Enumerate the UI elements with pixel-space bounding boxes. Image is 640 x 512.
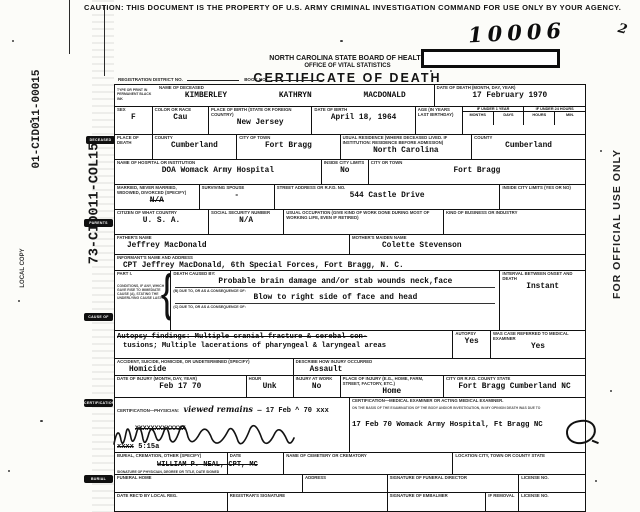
row-funeral-home: FUNERAL HOME ADDRESS SIGNATURE OF FUNERA… [115, 475, 585, 493]
row-cause-part2: Autopsy findings: Multiple cranial fract… [115, 331, 585, 359]
burial-date-label: DATE [230, 454, 281, 459]
spouse-label: SURVIVING SPOUSE [202, 186, 272, 191]
tab-deceased: DECEASED [86, 136, 115, 144]
row-burial: BURIAL, CREMATION, OTHER (SPECIFY) DATE … [115, 453, 585, 475]
injury-date-value: Feb 17 70 [117, 383, 244, 391]
local-copy-stamp: LOCAL COPY [20, 223, 26, 313]
hour-label: HOUR [249, 377, 291, 382]
street-label: STREET ADDRESS OR R.F.D. NO. [277, 186, 498, 191]
middle-name: KATHRYN [279, 92, 312, 100]
field-injury-hour: HOUR Unk [247, 376, 294, 397]
place-label: PLACE OF INJURY (E.G., HOME, FARM, STREE… [343, 377, 441, 387]
field-physician-certification: CERTIFICATION—PHYSICIAN: viewed remains … [115, 398, 350, 452]
informant-value: CPT Jeffrey MacDonald, 6th Special Force… [117, 262, 583, 270]
field-race: COLOR OR RACE Cau [153, 107, 209, 134]
work-value: No [296, 383, 338, 391]
town-label: CITY OR TOWN [371, 161, 583, 166]
director-label: SIGNATURE OF FUNERAL DIRECTOR [390, 476, 517, 481]
due-to-c-label: (c) DUE TO, OR AS A CONSEQUENCE OF: [173, 305, 497, 309]
field-industry: KIND OF BUSINESS OR INDUSTRY [444, 210, 585, 234]
dod-value: 17 February 1970 [437, 92, 583, 100]
due-to-b-label: (b) DUE TO, OR AS A CONSEQUENCE OF: [173, 289, 497, 293]
funeral-home-label: FUNERAL HOME [117, 476, 300, 481]
row-manner: ACCIDENT, SUICIDE, HOMICIDE, OR UNDETERM… [115, 359, 585, 376]
dob-label: DATE OF BIRTH [314, 108, 412, 113]
pob-label: PLACE OF BIRTH (STATE OR FOREIGN COUNTRY… [211, 108, 309, 118]
district-label: REGISTRATION DISTRICT NO. [118, 77, 183, 82]
hours-label: HOURS [524, 112, 555, 125]
ssn-label: SOCIAL SECURITY NUMBER [211, 211, 281, 216]
field-funeral-address: ADDRESS [303, 475, 388, 492]
field-pod-stub: PLACE OF DEATH [115, 135, 153, 159]
pod-county-value: Cumberland [155, 142, 235, 150]
how-label: DESCRIBE HOW INJURY OCCURRED [296, 360, 583, 365]
physician-date-line: — 17 Feb ^ 70 xxx [257, 407, 328, 415]
burial-location-label: LOCATION CITY, TOWN OR COUNTY STATE [455, 454, 583, 459]
field-father-name: FATHER'S NAME Jeffrey MacDonald [115, 235, 350, 254]
autopsy-label: AUTOPSY [455, 332, 488, 337]
injury-date-label: DATE OF INJURY (MONTH, DAY, YEAR) [117, 377, 244, 382]
field-residence-state: USUAL RESIDENCE (WHERE DECEASED LIVED. I… [341, 135, 473, 159]
spouse-value: - [202, 192, 272, 200]
field-informant: INFORMANT'S NAME AND ADDRESS CPT Jeffrey… [115, 255, 585, 270]
street-value: 544 Castle Drive [277, 192, 498, 200]
field-place-of-injury: PLACE OF INJURY (E.G., HOME, FARM, STREE… [341, 376, 444, 397]
part2-line1: Autopsy findings: Multiple cranial fract… [117, 333, 450, 341]
tab-certification: CERTIFICATION [84, 399, 113, 407]
pod-city-label: CITY OF TOWN [239, 136, 337, 141]
for-official-use-stamp: FOR OFFICIAL USE ONLY [611, 124, 623, 324]
location-value: Fort Bragg Cumberland NC [446, 383, 583, 391]
pod-city-value: Fort Bragg [239, 142, 337, 150]
row-informant: INFORMANT'S NAME AND ADDRESS CPT Jeffrey… [115, 255, 585, 271]
field-residence-county: COUNTY Cumberland [472, 135, 585, 159]
dob-value: April 18, 1964 [314, 114, 412, 122]
father-label: FATHER'S NAME [117, 236, 347, 241]
autopsy-value: Yes [455, 338, 488, 346]
field-inside-city-limits: INSIDE CITY LIMITS No [322, 160, 369, 184]
field-embalmer-signature: SIGNATURE OF EMBALMER [388, 493, 487, 511]
physician-signature [111, 420, 296, 454]
field-date-of-death: DATE OF DEATH (MONTH, DAY, YEAR) 17 Febr… [435, 85, 585, 106]
sex-label: SEX [117, 108, 150, 113]
field-street-address: STREET ADDRESS OR R.F.D. NO. 544 Castle … [275, 185, 501, 209]
license-label: LICENSE NO. [521, 476, 583, 481]
first-name: KIMBERLEY [185, 92, 227, 100]
row-place-of-death: PLACE OF DEATH COUNTY Cumberland CITY OF… [115, 135, 585, 160]
field-age-detail: IF UNDER 1 YEAR IF UNDER 24 HOURS MONTHS… [463, 107, 585, 134]
field-interval: INTERVAL BETWEEN ONSET AND DEATH Instant [500, 271, 585, 330]
work-label: INJURY AT WORK [296, 377, 338, 382]
cause-brace: { [161, 271, 172, 320]
margin-stamp-outer: 01-CID011-00015 [31, 39, 43, 199]
field-age: AGE (IN YEARS LAST BIRTHDAY) [416, 107, 463, 134]
residence-label: USUAL RESIDENCE (WHERE DECEASED LIVED. I… [343, 136, 470, 146]
field-examiner-certification: CERTIFICATION—MEDICAL EXAMINER OR ACTING… [350, 398, 585, 452]
row-citizenship: CITIZEN OF WHAT COUNTRY U. S. A. SOCIAL … [115, 210, 585, 235]
certificate-form: TYPE OR PRINT IN PERMANENT BLACK INK NAM… [114, 84, 586, 512]
examiner-basis-label: ON THE BASIS OF THE EXAMINATION OF THE B… [352, 407, 583, 411]
burial-type-label: BURIAL, CREMATION, OTHER (SPECIFY) [117, 454, 225, 459]
row-name: NAME OF DECEASED KIMBERLEY KATHRYN MACDO… [115, 85, 585, 107]
scan-artifact-line [104, 6, 105, 76]
field-sex: SEX F [115, 107, 153, 134]
hour-value: Unk [249, 383, 291, 391]
field-injury-at-work: INJURY AT WORK No [294, 376, 341, 397]
registrar-label: REGISTRAR'S SIGNATURE [230, 494, 385, 499]
field-funeral-home: FUNERAL HOME [115, 475, 303, 492]
field-marital-status: MARRIED, NEVER MARRIED, WIDOWED, DIVORCE… [115, 185, 200, 209]
book-label: BOOK NO. [244, 77, 267, 82]
field-surviving-spouse: SURVIVING SPOUSE - [200, 185, 275, 209]
min-label: MIN. [555, 112, 585, 125]
physician-cert-label: CERTIFICATION—PHYSICIAN: [117, 408, 179, 413]
physician-handwritten-note: viewed remains [183, 404, 252, 414]
tab-cause-of-death: CAUSE OF DEATH [84, 313, 113, 321]
field-how-injury: DESCRIBE HOW INJURY OCCURRED Assault [294, 359, 585, 375]
received-label: DATE REC'D BY LOCAL REG. [117, 494, 225, 499]
caused-by-label: DEATH CAUSED BY: [173, 272, 497, 277]
field-director-signature: SIGNATURE OF FUNERAL DIRECTOR [388, 475, 520, 492]
field-embalmer-license: LICENSE NO. [519, 493, 585, 511]
row-hospital: NAME OF HOSPITAL OR INSTITUTION DOA Woma… [115, 160, 585, 185]
field-director-license: LICENSE NO. [519, 475, 585, 492]
town-value: Fort Bragg [371, 167, 583, 175]
hospital-value: DOA Womack Army Hospital [117, 167, 319, 175]
scan-artifact-line [69, 0, 70, 54]
field-referred-to-me: WAS CASE REFERRED TO MEDICAL EXAMINER Ye… [491, 331, 585, 358]
icl-value: No [324, 167, 366, 175]
examiner-cert-label: CERTIFICATION—MEDICAL EXAMINER OR ACTING… [352, 399, 583, 404]
field-residence-city: CITY OR TOWN Fort Bragg [369, 160, 585, 184]
informant-label: INFORMANT'S NAME AND ADDRESS [117, 256, 583, 261]
residence-county-value: Cumberland [474, 142, 583, 150]
certificate-number-box [421, 49, 560, 68]
field-injury-date: DATE OF INJURY (MONTH, DAY, YEAR) Feb 17… [115, 376, 247, 397]
marital-label: MARRIED, NEVER MARRIED, WIDOWED, DIVORCE… [117, 186, 197, 196]
sex-value: F [117, 114, 150, 122]
mother-value: Colette Stevenson [352, 242, 583, 250]
examiner-value: 17 Feb 70 Womack Army Hospital, Ft Bragg… [352, 421, 583, 429]
row-parents: FATHER'S NAME Jeffrey MacDonald MOTHER'S… [115, 235, 585, 255]
field-cemetery: NAME OF CEMETERY OR CREMATORY [284, 453, 453, 474]
tab-burial: BURIAL [84, 475, 113, 483]
race-value: Cau [155, 114, 206, 122]
caution-banner: CAUTION: THIS DOCUMENT IS THE PROPERTY O… [84, 3, 621, 12]
occupation-label: USUAL OCCUPATION (GIVE KIND OF WORK DONE… [286, 211, 441, 221]
cemetery-label: NAME OF CEMETERY OR CREMATORY [286, 454, 450, 459]
pod-county-label: COUNTY [155, 136, 235, 141]
citizen-label: CITIZEN OF WHAT COUNTRY [117, 211, 206, 216]
removal-label: IF REMOVAL [488, 494, 516, 499]
days-label: DAYS [494, 112, 525, 125]
name-label: NAME OF DECEASED [159, 86, 432, 91]
cause-line-a: Probable brain damage and/or stab wounds… [173, 278, 497, 286]
pen-mark: 2 [616, 21, 628, 38]
industry-label: KIND OF BUSINESS OR INDUSTRY [446, 211, 583, 216]
row-marital: MARRIED, NEVER MARRIED, WIDOWED, DIVORCE… [115, 185, 585, 210]
field-cause-stub: PART I. CONDITIONS, IF ANY, WHICH GAVE R… [115, 271, 171, 330]
row-certification: CERTIFICATION—PHYSICIAN: viewed remains … [115, 398, 585, 453]
icl-label: INSIDE CITY LIMITS [324, 161, 366, 166]
pod-label: PLACE OF DEATH [117, 136, 150, 146]
field-injury-location: CITY OR R.F.D. COUNTY STATE Fort Bragg C… [444, 376, 585, 397]
license2-label: LICENSE NO. [521, 494, 583, 499]
field-autopsy: AUTOPSY Yes [453, 331, 491, 358]
dod-label: DATE OF DEATH (MONTH, DAY, YEAR) [437, 86, 583, 91]
marital-value: N/A [117, 197, 197, 205]
interval-value: Instant [502, 283, 583, 291]
field-deceased-name: NAME OF DECEASED KIMBERLEY KATHRYN MACDO… [115, 85, 435, 106]
row-vitals: SEX F COLOR OR RACE Cau PLACE OF BIRTH (… [115, 107, 585, 135]
field-birthplace: PLACE OF BIRTH (STATE OR FOREIGN COUNTRY… [209, 107, 312, 134]
row-cause-part1: PART I. CONDITIONS, IF ANY, WHICH GAVE R… [115, 271, 585, 331]
field-hospital: NAME OF HOSPITAL OR INSTITUTION DOA Woma… [115, 160, 322, 184]
father-value: Jeffrey MacDonald [117, 242, 347, 250]
field-citizenship: CITIZEN OF WHAT COUNTRY U. S. A. [115, 210, 209, 234]
referred-label: WAS CASE REFERRED TO MEDICAL EXAMINER [493, 332, 583, 342]
mother-label: MOTHER'S MAIDEN NAME [352, 236, 583, 241]
ssn-value: N/A [211, 217, 281, 225]
field-part2: Autopsy findings: Multiple cranial fract… [115, 331, 453, 358]
embalmer-label: SIGNATURE OF EMBALMER [390, 494, 484, 499]
place-value: Home [343, 388, 441, 396]
scanned-death-certificate: CAUTION: THIS DOCUMENT IS THE PROPERTY O… [0, 0, 640, 512]
part2-line2: tusions; Multiple lacerations of pharyng… [117, 342, 450, 350]
hospital-label: NAME OF HOSPITAL OR INSTITUTION [117, 161, 319, 166]
race-label: COLOR OR RACE [155, 108, 206, 113]
field-occupation: USUAL OCCUPATION (GIVE KIND OF WORK DONE… [284, 210, 444, 234]
row-injury: DATE OF INJURY (MONTH, DAY, YEAR) Feb 17… [115, 376, 585, 398]
cause-line-b: Blow to right side of face and head [173, 294, 497, 302]
field-manner: ACCIDENT, SUICIDE, HOMICIDE, OR UNDETERM… [115, 359, 294, 375]
citizen-value: U. S. A. [117, 217, 206, 225]
field-date-received: DATE REC'D BY LOCAL REG. [115, 493, 228, 511]
residence-state-value: North Carolina [343, 147, 470, 155]
field-burial-type: BURIAL, CREMATION, OTHER (SPECIFY) [115, 453, 228, 474]
months-label: MONTHS [463, 112, 494, 125]
residence-county-label: COUNTY [474, 136, 583, 141]
location-label: CITY OR R.F.D. COUNTY STATE [446, 377, 583, 382]
registration-district-line: REGISTRATION DISTRICT NO. BOOK NO. [118, 77, 327, 82]
last-name: MACDONALD [364, 92, 406, 100]
field-inside-city-limits-2: INSIDE CITY LIMITS (YES OR NO) [500, 185, 585, 209]
field-cause-lines: DEATH CAUSED BY: Probable brain damage a… [171, 271, 500, 330]
manner-label: ACCIDENT, SUICIDE, HOMICIDE, OR UNDETERM… [117, 360, 291, 365]
interval-label: INTERVAL BETWEEN ONSET AND DEATH [502, 272, 583, 282]
field-if-removal: IF REMOVAL [486, 493, 519, 511]
field-registrar-signature: REGISTRAR'S SIGNATURE [228, 493, 388, 511]
icl2-label: INSIDE CITY LIMITS (YES OR NO) [502, 186, 583, 191]
how-value: Assault [296, 366, 583, 374]
field-date-of-birth: DATE OF BIRTH April 18, 1964 [312, 107, 415, 134]
field-ssn: SOCIAL SECURITY NUMBER N/A [209, 210, 284, 234]
referred-value: Yes [493, 343, 583, 351]
age-label: AGE (IN YEARS LAST BIRTHDAY) [418, 108, 460, 118]
manner-value: Homicide [117, 366, 291, 374]
pob-value: New Jersey [211, 119, 309, 127]
field-burial-date: DATE [228, 453, 284, 474]
tab-parents: PARENTS [84, 219, 113, 227]
handwritten-case-number: 10006 [467, 17, 566, 47]
field-pod-city: CITY OF TOWN Fort Bragg [237, 135, 340, 159]
field-pod-county: COUNTY Cumberland [153, 135, 238, 159]
field-mother-name: MOTHER'S MAIDEN NAME Colette Stevenson [350, 235, 585, 254]
row-registrar: DATE REC'D BY LOCAL REG. REGISTRAR'S SIG… [115, 493, 585, 511]
field-burial-location: LOCATION CITY, TOWN OR COUNTY STATE [453, 453, 585, 474]
funeral-address-label: ADDRESS [305, 476, 385, 481]
